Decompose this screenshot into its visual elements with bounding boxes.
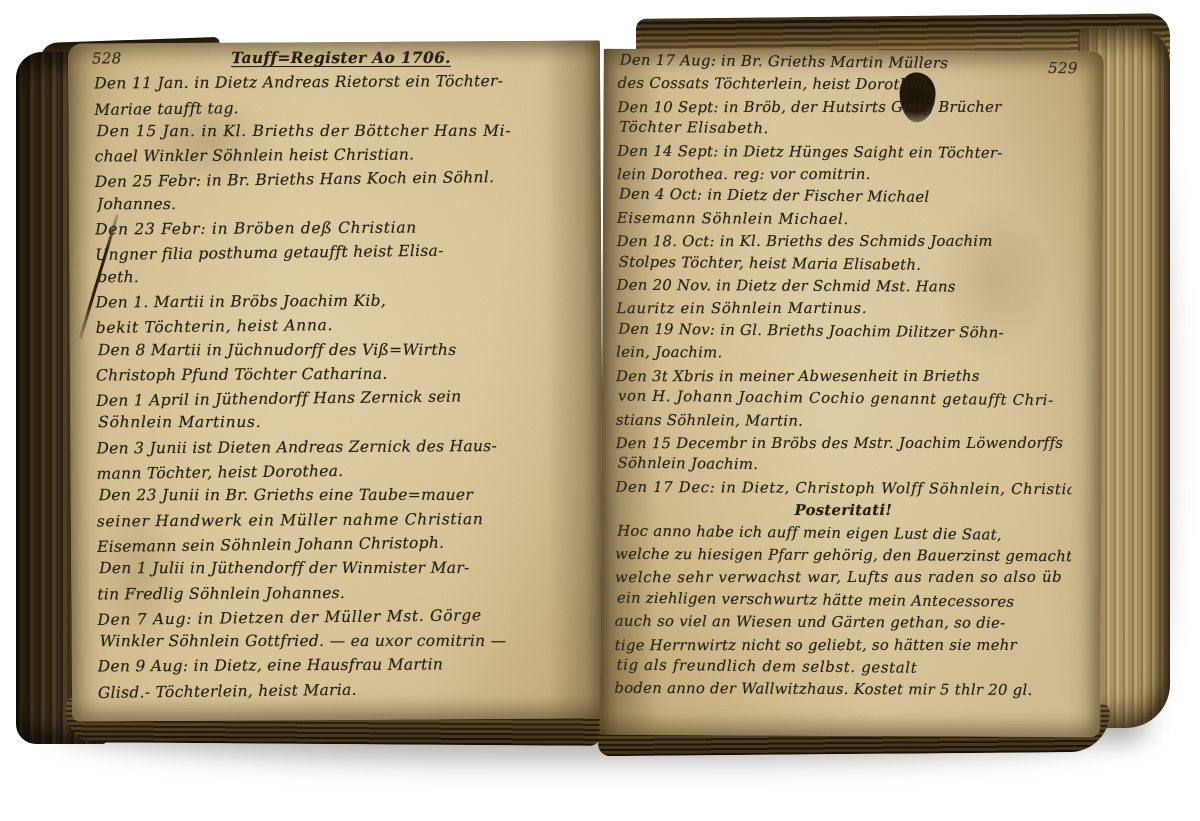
register-title: Tauff=Register Ao 1706. [96,46,586,71]
register-entry-line: beth. [97,264,587,289]
register-entry-line: Mariae taufft tag. [94,92,584,122]
register-entry-line: lein, Joachim. [616,342,1072,367]
register-entry-line: Johannes. [97,192,587,217]
posteritati-line: ein ziehligen verschwurtz hätte mein Ant… [617,587,1073,614]
register-entry-line: Den 19 Nov: in Gl. Brieths Joachim Dilit… [618,318,1074,345]
posteritati-heading: Posteritati! [615,500,1071,523]
register-entry-line: Den 25 Febr: in Br. Brieths Hans Koch ei… [95,164,585,194]
register-entry-line: stians Söhnlein, Martin. [616,409,1072,434]
register-entry-line: Den 18. Oct: in Kl. Brieths des Schmids … [617,231,1073,254]
register-entry-line: Den 1 Julii in Jüthendorff der Winmister… [99,556,589,581]
register-entry-line: Den 17 Dec: in Dietz, Christoph Wolff Sö… [615,476,1071,501]
register-entry-line: Lauritz ein Söhnlein Martinus. [616,298,1072,321]
register-entry-line: Den 15 Jan. in Kl. Brieths der Böttcher … [96,119,586,144]
page-528: 528 Tauff=Register Ao 1706. Den 11 Jan. … [68,40,604,721]
register-entry-line: Den 17 Aug: in Br. Grieths Martin Müller… [620,50,1076,77]
posteritati-line: Hoc anno habe ich auff mein eigen Lust d… [617,520,1073,547]
register-entry-line: Den 7 Aug: in Dietzen der Müller Mst. Gö… [97,602,587,632]
register-entry-line: Glisd.- Töchterlein, heist Maria. [98,675,588,705]
posteritati-line: auch so viel an Wiesen und Gärten gethan… [615,611,1071,636]
register-entry-line: mann Töchter, heist Dorothea. [96,456,586,486]
register-entry-line: des Cossats Töchterlein, heist Dorothea. [618,73,1074,98]
posteritati-line: boden anno der Wallwitzhaus. Kostet mir … [614,678,1070,703]
posteritati-line: welche sehr verwachst war, Lufts aus rad… [615,567,1071,590]
register-entry-line: Den 23 Junii in Br. Grieths eine Taube=m… [99,483,589,508]
register-entry-line: Söhnlein Martinus. [98,410,588,435]
register-entry-line: Den 14 Sept: in Dietz Hünges Saight ein … [617,140,1073,165]
register-entry-line: Winkler Söhnlein Gottfried. — ea uxor co… [100,629,590,654]
posteritati-line: tige Herrnwirtz nicht so geliebt, so hät… [615,634,1071,657]
register-entry-line: Stolpes Töchter, heist Maria Elisabeth. [619,251,1075,278]
page-529: 529 Den 17 Aug: in Br. Grieths Martin Mü… [600,49,1104,738]
register-entry-line: Eisemann sein Söhnlein Johann Christoph. [97,529,587,559]
posteritati-line: welche zu hiesigen Pfarr gehörig, den Ba… [615,544,1071,569]
register-entry-line: Eisemann Söhnlein Michael. [617,208,1073,233]
register-entry-line: Den 3t Xbris in meiner Abwesenheit in Br… [616,365,1072,388]
posteritati-line: tig als freundlich dem selbst. gestalt [616,655,1072,682]
register-entry-line: Den 8 Martii in Jüchnudorff des Viß=Wirt… [98,337,588,362]
register-entry-line: Ungner filia posthuma getaufft heist Eli… [95,237,585,267]
register-entry-line: Den 15 Decembr in Bröbs des Mstr. Joachi… [616,433,1072,456]
manuscript-photo: 528 Tauff=Register Ao 1706. Den 11 Jan. … [0,0,1200,821]
register-entry-line: Den 10 Sept: in Bröb, der Hutsirts Geitg… [617,97,1073,120]
right-page-text: Den 17 Aug: in Br. Grieths Martin Müller… [614,51,1073,703]
register-entry-line: lein Dorothea. reg: vor comitrin. [617,164,1073,187]
left-page-text: Tauff=Register Ao 1706. Den 11 Jan. in D… [94,44,588,703]
register-entry-line: bekit Töchterin, heist Anna. [96,310,586,340]
register-entry-line: Den 20 Nov. in Dietz der Schmid Mst. Han… [616,275,1072,300]
